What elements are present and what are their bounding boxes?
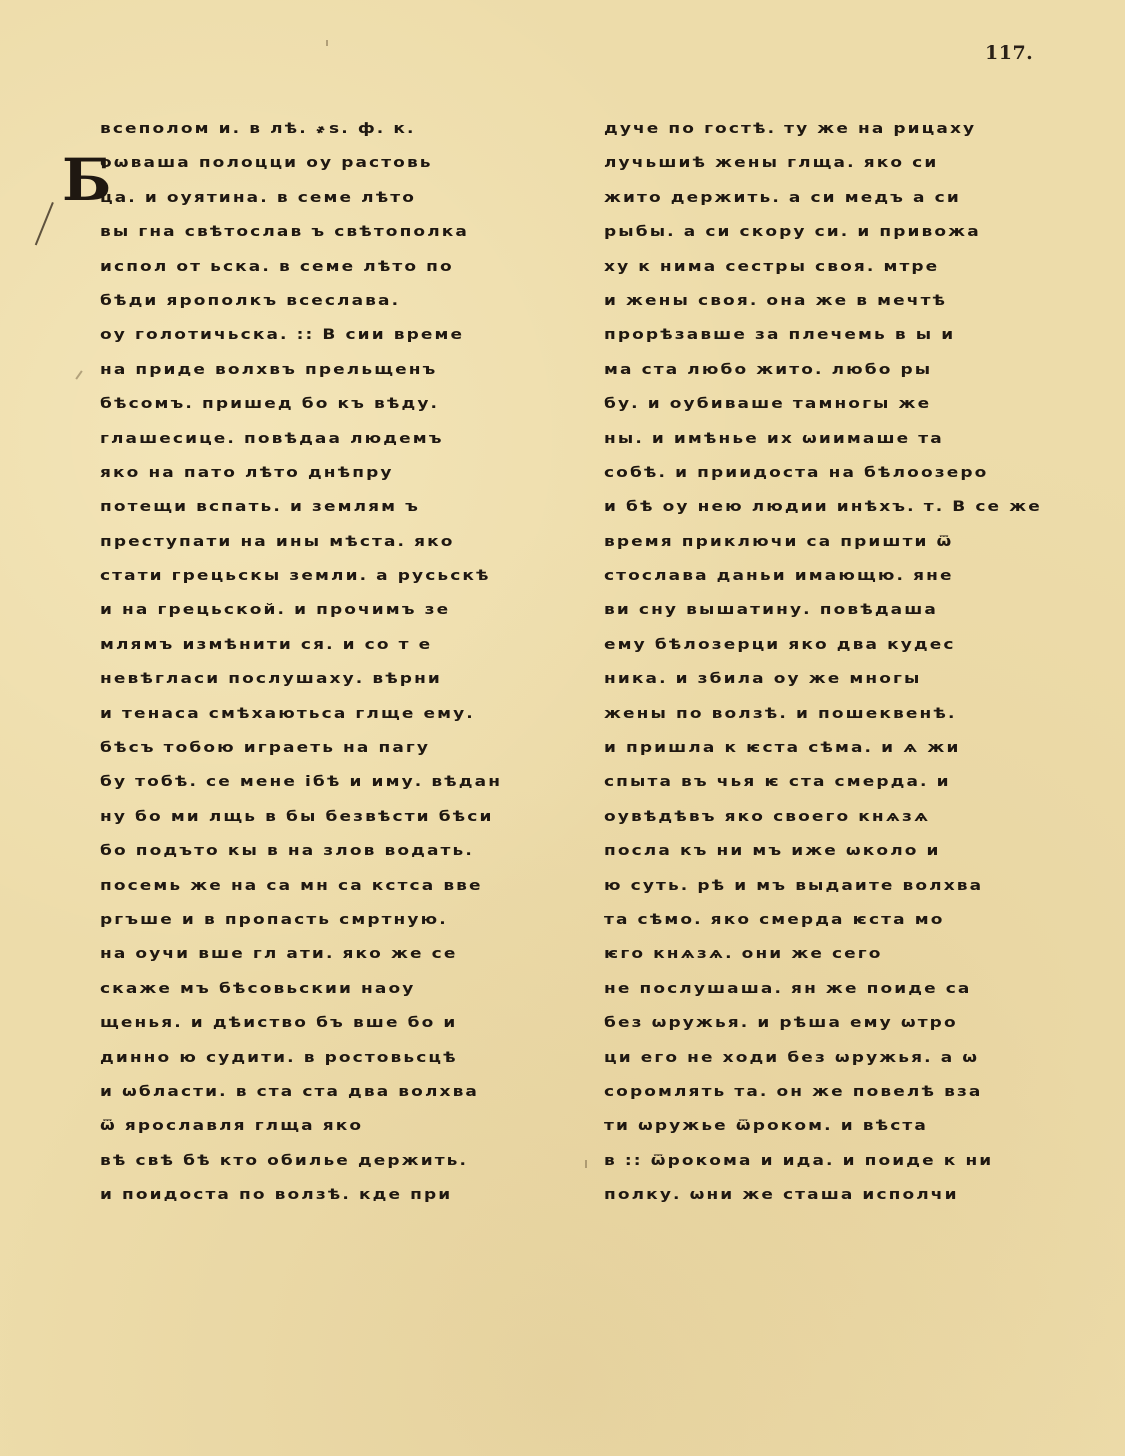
text-line: и бѣ оу нею людии инѣхъ. т. В се же: [604, 493, 1074, 521]
text-line: та сѣмо. яко смерда ѥста мо: [604, 906, 1074, 934]
text-line: бѣсомъ. пришед бо къ вѣду.: [100, 390, 570, 418]
text-line: прорѣзавше за плечемь в ы и: [604, 321, 1074, 349]
text-line: стослава даньи имающю. яне: [604, 562, 1074, 590]
text-line: спыта въ чья ѥ ста смерда. и: [604, 769, 1074, 797]
text-line: и пришла к ѥста сѣма. и ѧ жи: [604, 734, 1074, 762]
text-line: рыбы. а си скору си. и привожа: [604, 218, 1074, 246]
text-line: жито держить. а си медъ а си: [604, 184, 1074, 212]
text-line: посемь же на са мн са кстса вве: [100, 872, 570, 900]
text-line: лучьшиѣ жены глща. яко си: [604, 149, 1074, 177]
left-text-column: всеполом и. в лѣ. ҂ѕ. ф. к. оѡваша полоц…: [100, 112, 570, 1213]
initial-letter-flourish: [35, 202, 54, 245]
text-line: дуче по гостѣ. ту же на рицаху: [604, 115, 1074, 143]
text-line: полку. ѡни же сташа исполчи: [604, 1181, 1074, 1209]
right-text-column: дуче по гостѣ. ту же на рицаху лучьшиѣ ж…: [604, 112, 1074, 1213]
text-line: ци его не ходи без ѡружья. а ѡ: [604, 1044, 1074, 1072]
text-line: на оучи вше гл ати. яко же се: [100, 940, 570, 968]
text-line: посла къ ни мъ иже ѡколо и: [604, 837, 1074, 865]
text-line: скаже мъ бѣсовьскии наоу: [100, 975, 570, 1003]
text-line: ну бо ми лщь в бы безвѣсти бѣси: [100, 803, 570, 831]
text-line: и поидоста по волзѣ. кде при: [100, 1181, 570, 1209]
text-line: глашесице. повѣдаа людемъ: [100, 425, 570, 453]
text-line: бу. и оубиваше тамногы же: [604, 390, 1074, 418]
text-line: ца. и оуятина. в семе лѣто: [100, 184, 570, 212]
text-line: и ѡбласти. в ста ста два волхва: [100, 1078, 570, 1106]
text-line: бѣсъ тобою играеть на пагу: [100, 734, 570, 762]
text-line: ти ѡружье ѿроком. и вѣста: [604, 1112, 1074, 1140]
text-line: оу голотичьска. :: В сии време: [100, 321, 570, 349]
text-line: ему бѣлозерци яко два кудес: [604, 631, 1074, 659]
text-line: ху к нима сестры своя. мтре: [604, 253, 1074, 281]
text-line: оѡваша полоцци оу растовь: [100, 149, 570, 177]
text-line: и на грецьской. и прочимъ зе: [100, 597, 570, 625]
text-line: вѣ свѣ бѣ кто обилье держить.: [100, 1147, 570, 1175]
text-line: бу тобѣ. се мене ібѣ и иму. вѣдан: [100, 769, 570, 797]
text-line: жены по волзѣ. и пошеквенѣ.: [604, 700, 1074, 728]
text-line: ѿ ярославля глща яко: [100, 1112, 570, 1140]
text-line: на приде волхвъ прельщенъ: [100, 356, 570, 384]
text-line: ѥго кнѧзѧ. они же сего: [604, 940, 1074, 968]
text-line: ю суть. рѣ и мъ выдаите волхва: [604, 872, 1074, 900]
text-line: время приключи са пришти ѿ: [604, 528, 1074, 556]
text-line: ви сну вышатину. повѣдаша: [604, 597, 1074, 625]
text-line: не послушаша. ян же поиде са: [604, 975, 1074, 1003]
margin-mark: [75, 370, 82, 379]
text-line: собѣ. и приидоста на бѣлоозеро: [604, 459, 1074, 487]
text-line: бо подъто кы в на злов водать.: [100, 837, 570, 865]
text-line: стати грецьскы земли. а русьскѣ: [100, 562, 570, 590]
manuscript-page: 117. Б всеполом и. в лѣ. ҂ѕ. ф. к. оѡваш…: [0, 0, 1125, 1456]
text-line: потещи вспать. и землям ъ: [100, 493, 570, 521]
text-line: вы гна свѣтослав ъ свѣтополка: [100, 218, 570, 246]
text-line: преступати на ины мѣста. яко: [100, 528, 570, 556]
text-line: динно ю судити. в ростовьсцѣ: [100, 1044, 570, 1072]
text-line: млямъ измѣнити ся. и со т е: [100, 631, 570, 659]
text-line: ника. и збила оу же многы: [604, 665, 1074, 693]
page-number: 117.: [985, 42, 1033, 64]
text-line: ма ста любо жито. любо ры: [604, 356, 1074, 384]
text-line: ргъше и в пропасть смртную.: [100, 906, 570, 934]
text-line: испол от ьска. в семе лѣто по: [100, 253, 570, 281]
text-line: щенья. и дѣиство бъ вше бо и: [100, 1009, 570, 1037]
text-line: ны. и имѣнье их ѡиимаше та: [604, 425, 1074, 453]
text-line: и жены своя. она же в мечтѣ: [604, 287, 1074, 315]
text-line: яко на пато лѣто днѣпру: [100, 459, 570, 487]
margin-mark: [326, 40, 328, 46]
text-line: и тенаса смѣхаютьса глще ему.: [100, 700, 570, 728]
margin-mark: [585, 1160, 587, 1168]
text-line: в :: ѿрокома и ида. и поиде к ни: [604, 1147, 1074, 1175]
text-line: невѣгласи послушаху. вѣрни: [100, 665, 570, 693]
text-line: оувѣдѣвъ яко своего кнѧзѧ: [604, 803, 1074, 831]
text-line: без ѡружья. и рѣша ему ѡтро: [604, 1009, 1074, 1037]
text-line: бѣди ярополкъ всеслава.: [100, 287, 570, 315]
text-line: всеполом и. в лѣ. ҂ѕ. ф. к.: [100, 115, 570, 143]
text-line: соромлять та. он же повелѣ вза: [604, 1078, 1074, 1106]
